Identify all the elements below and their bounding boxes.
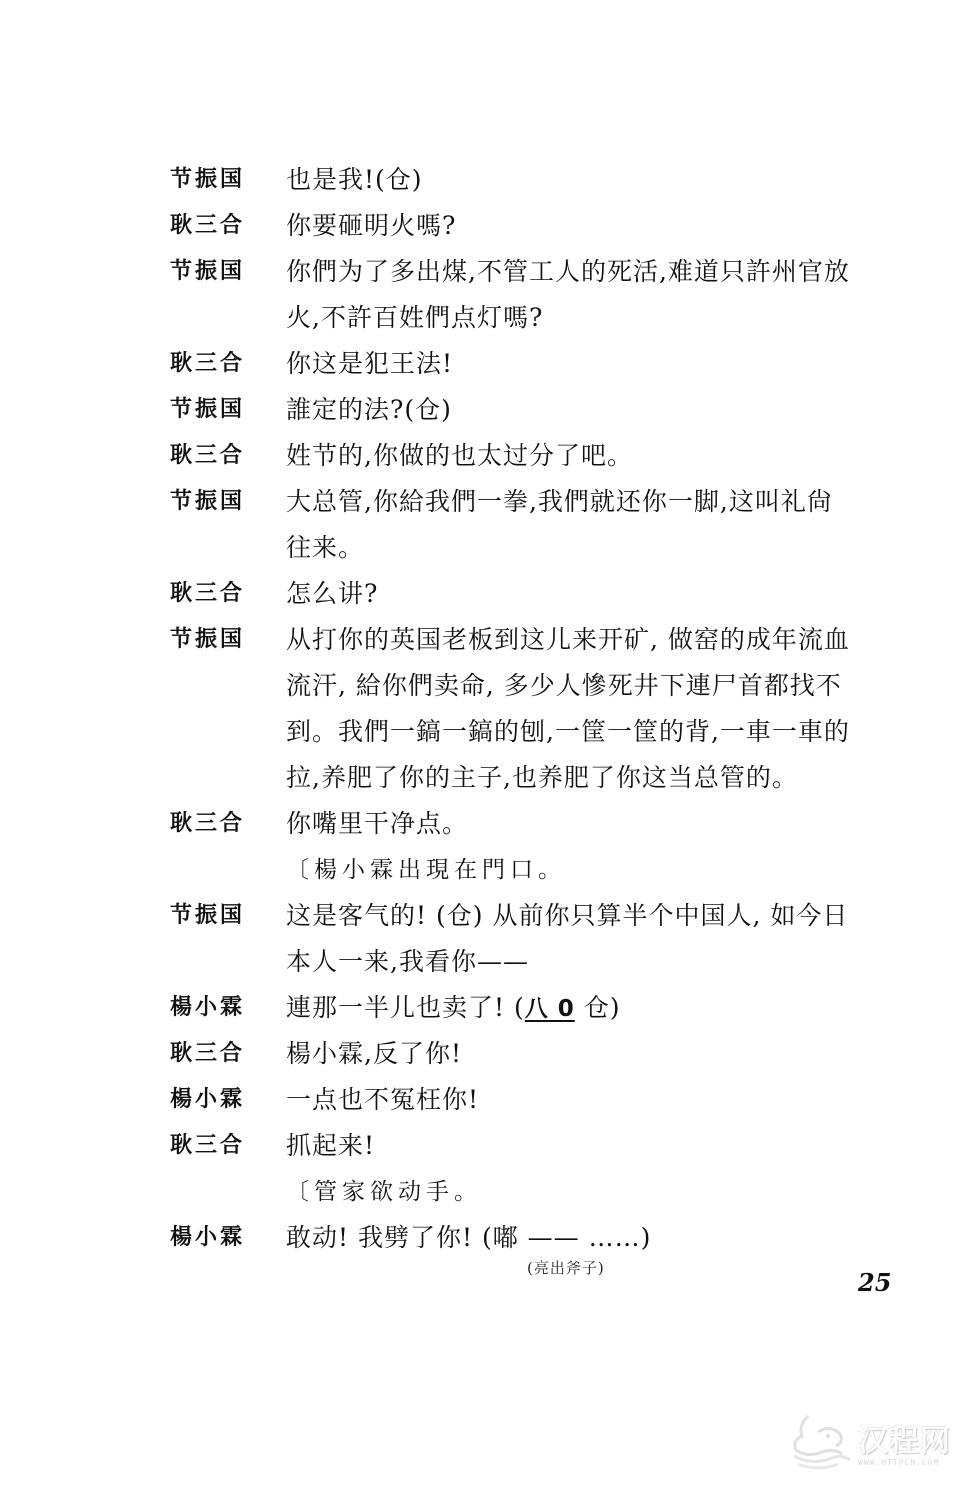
dialogue-line: 节振国 也是我!(仓) [0,163,974,209]
dialogue-line: 耿三合 你这是犯王法! [0,347,974,393]
dialogue-line: 耿三合 姓节的,你做的也太过分了吧。 [0,439,974,485]
speech-text: 这是客气的! (仓) 从前你只算半个中国人, 如今日 [286,899,926,933]
dialogue-continuation: 火,不許百姓們点灯嗎? [0,301,974,347]
speech-text: 也是我!(仓) [286,163,926,197]
dialogue-continuation: 拉,养肥了你的主子,也养肥了你这当总管的。 [0,761,974,807]
dialogue-line: 耿三合 你嘴里干净点。 [0,807,974,853]
action-annotation: (亮出斧子) [527,1257,605,1278]
speaker-name: 耿三合 [170,1037,270,1071]
speaker-name: 楊小霖 [170,1083,270,1117]
dialogue-continuation: 本人一来,我看你—— [0,945,974,991]
speaker-name: 耿三合 [170,807,270,841]
dialogue-continuation: 往来。 [0,531,974,577]
speaker-name: 节振国 [170,899,270,933]
dialogue-line: 耿三合 怎么讲? [0,577,974,623]
dialogue-line: 耿三合 你要砸明火嗎? [0,209,974,255]
speech-text: 从打你的英国老板到这儿来开矿, 做窑的成年流血 [286,623,926,657]
watermark-url: WWW.HTTPCN.COM [858,1458,939,1467]
speaker-name: 耿三合 [170,209,270,243]
dialogue-line: 节振国 这是客气的! (仓) 从前你只算半个中国人, 如今日 [0,899,974,945]
dialogue-line: 节振国 誰定的法?(仓) [0,393,974,439]
dialogue-line: 楊小霖 連那一半儿也卖了! (八 0 仓) [0,991,974,1037]
speech-text: 你这是犯王法! [286,347,926,381]
dialogue-continuation: 流汗, 給你們卖命, 多少人慘死井下連尸首都找不 [0,669,974,715]
speaker-name: 节振国 [170,623,270,657]
speaker-name: 节振国 [170,163,270,197]
speech-text: 誰定的法?(仓) [286,393,926,427]
dialogue-line: 楊小霖 一点也不冤枉你! [0,1083,974,1129]
speech-text: 楊小霖,反了你! [286,1037,926,1071]
speaker-name: 楊小霖 [170,1221,270,1255]
speech-text: 姓节的,你做的也太过分了吧。 [286,439,926,473]
page-number: 25 [858,1268,891,1297]
dialogue-line: 耿三合 楊小霖,反了你! [0,1037,974,1083]
book-page: 节振国 也是我!(仓) 耿三合 你要砸明火嗎? 节振国 你們为了多出煤,不管工人… [0,0,974,1494]
speech-text: 往来。 [286,531,926,565]
speech-text: 抓起来! [286,1129,926,1163]
speaker-name: 节振国 [170,255,270,289]
dialogue-continuation: 到。我們一鎬一鎬的刨,一筐一筐的背,一車一車的 [0,715,974,761]
speech-text: 你嘴里干净点。 [286,807,926,841]
stage-direction: 〔楊小霖出現在門口。 [0,853,974,899]
speech-text: 大总管,你給我們一拳,我們就还你一脚,这叫礼尙 [286,485,926,519]
speaker-name: 节振国 [170,485,270,519]
speech-text: 你們为了多出煤,不管工人的死活,难道只許州官放 [286,255,926,289]
speaker-name: 节振国 [170,393,270,427]
speech-text: 怎么讲? [286,577,926,611]
speaker-name: 耿三合 [170,1129,270,1163]
speaker-name: 耿三合 [170,439,270,473]
watermark-name: 汉程网 [858,1416,951,1460]
speech-text-before: 連那一半儿也卖了! ( [286,993,525,1022]
speech-text: 一点也不冤枉你! [286,1083,926,1117]
dialogue-line: 耿三合 抓起来! [0,1129,974,1175]
dialogue-line: 楊小霖 敢动! 我劈了你! (嘟 —— ……) (亮出斧子) [0,1221,974,1291]
speaker-name: 耿三合 [170,347,270,381]
speech-text: 到。我們一鎬一鎬的刨,一筐一筐的背,一車一車的 [286,715,926,749]
dialogue-line: 节振国 你們为了多出煤,不管工人的死活,难道只許州官放 [0,255,974,301]
stage-direction-text: 〔楊小霖出現在門口。 [286,853,926,887]
speech-text-after: 仓) [575,993,621,1022]
speech-text: 流汗, 給你們卖命, 多少人慘死井下連尸首都找不 [286,669,926,703]
dragon-logo-icon [788,1410,854,1470]
stage-direction-text: 〔管家欲动手。 [286,1175,926,1209]
percussion-notation: 八 0 [525,996,575,1022]
speech-text: 本人一来,我看你—— [286,945,926,979]
watermark: 汉程网 WWW.HTTPCN.COM [788,1410,968,1480]
speech-text: 你要砸明火嗎? [286,209,926,243]
dialogue-line: 节振国 从打你的英国老板到这儿来开矿, 做窑的成年流血 [0,623,974,669]
speech-text: 拉,养肥了你的主子,也养肥了你这当总管的。 [286,761,926,795]
speaker-name: 耿三合 [170,577,270,611]
speech-text: 連那一半儿也卖了! (八 0 仓) [286,991,926,1026]
dialogue-line: 节振国 大总管,你給我們一拳,我們就还你一脚,这叫礼尙 [0,485,974,531]
speaker-name: 楊小霖 [170,991,270,1025]
speech-text: 火,不許百姓們点灯嗎? [286,301,926,335]
stage-direction: 〔管家欲动手。 [0,1175,974,1221]
speech-text: 敢动! 我劈了你! (嘟 —— ……) [286,1221,926,1255]
